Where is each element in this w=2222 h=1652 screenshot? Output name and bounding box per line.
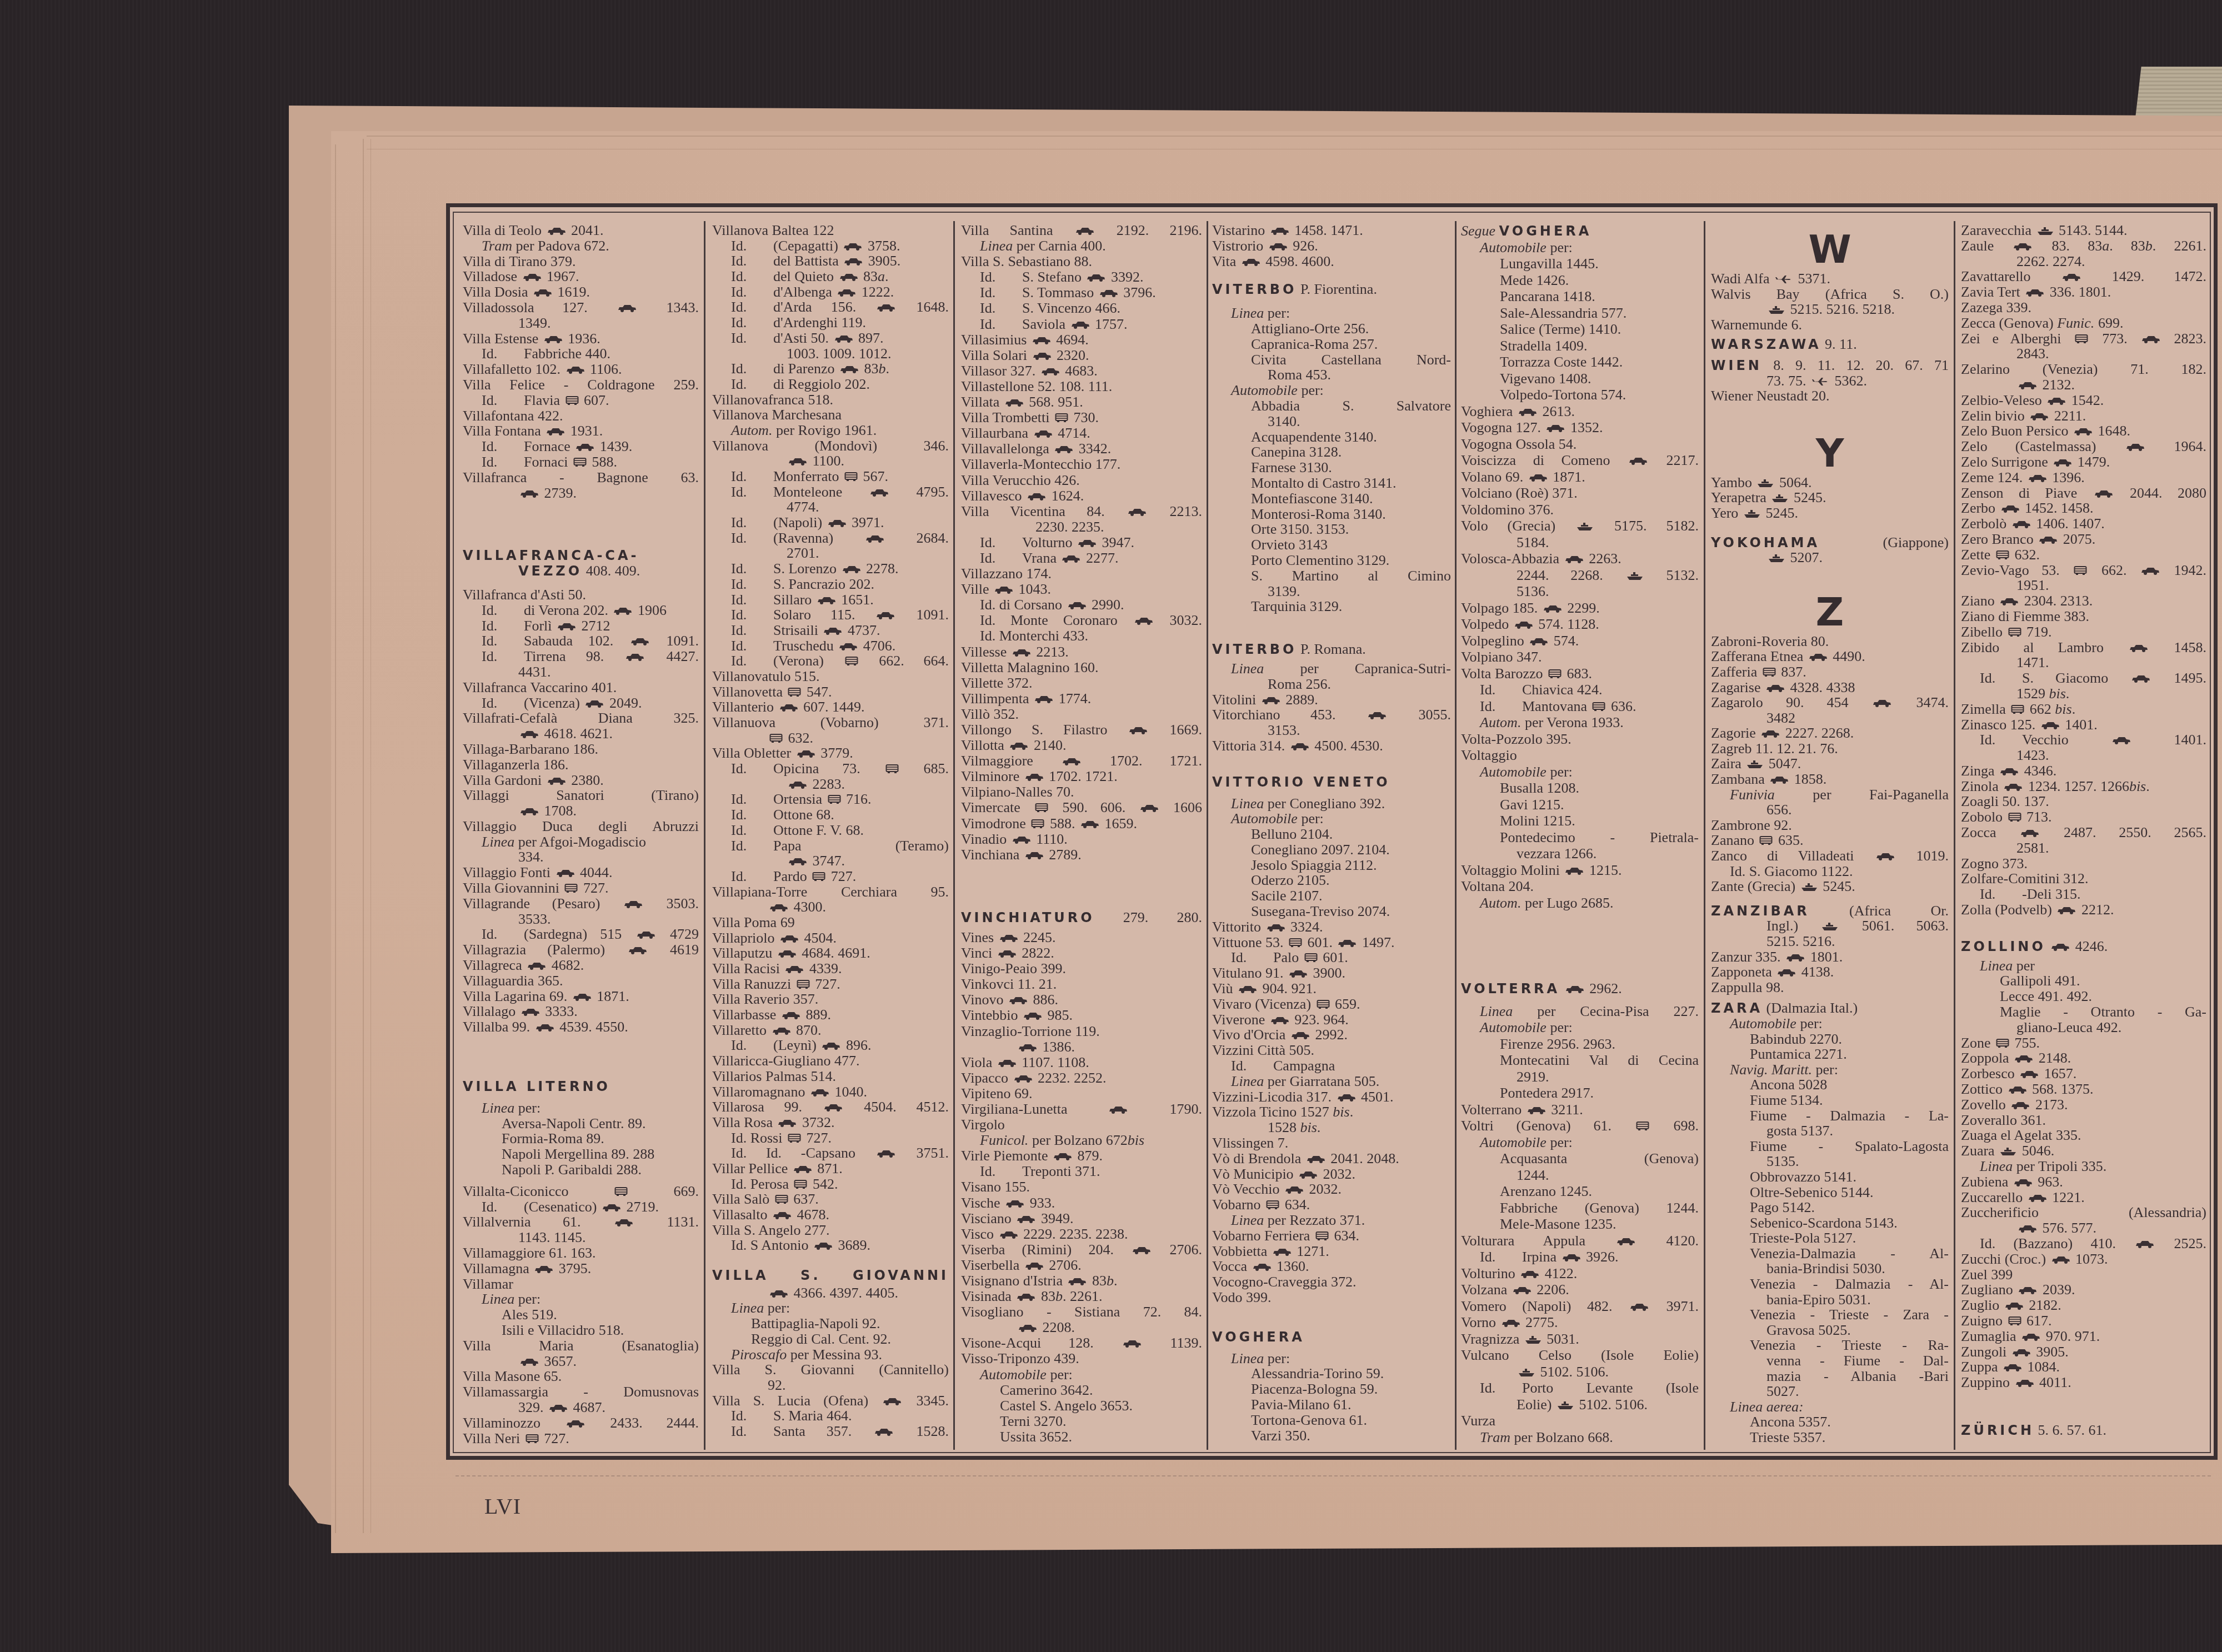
- index-subentry: Montecatini Val di Cecina: [1461, 1052, 1699, 1069]
- index-entry: Villa Rosa 3732.: [712, 1115, 949, 1130]
- index-entry: Volta-Pozzolo 395.: [1461, 731, 1699, 748]
- index-entry: Viserbella 2706.: [961, 1258, 1202, 1273]
- bus-icon: [1777, 969, 1796, 977]
- index-entry: Zibello 719.: [1961, 624, 2206, 640]
- bus-icon: [1565, 985, 1584, 994]
- italic-text: Linea: [482, 834, 514, 850]
- index-entry: Zette 632.: [1961, 547, 2206, 563]
- heading-text: VITERBO: [1212, 642, 1297, 657]
- index-subentry: Linea per:: [463, 1100, 699, 1116]
- index-subentry: Gallipoli 491.: [1961, 973, 2206, 989]
- index-entry: Villaganzerla 186.: [463, 757, 699, 773]
- index-subentry: Fiume - Dalmazia - La-: [1711, 1108, 1949, 1124]
- bus-icon: [1062, 758, 1081, 766]
- index-entry: Villaggio Fonti 4044.: [463, 865, 699, 880]
- ditto-mark: Id.: [482, 695, 524, 711]
- spacer: [1711, 565, 1949, 592]
- index-subentry: Automobile per:: [1461, 1019, 1699, 1036]
- bus-icon: [520, 490, 539, 498]
- index-subentry: Id.Vecchio 1401.: [1961, 732, 2206, 748]
- index-entry: Villanterio 607. 1449.: [712, 699, 949, 715]
- bus-icon: [1087, 274, 1105, 282]
- index-subentry: 73. 75. 5362.: [1711, 373, 1949, 389]
- index-subentry: Roma 256.: [1212, 677, 1451, 692]
- index-entry: Vò di Brendola 2041. 2048.: [1212, 1151, 1451, 1167]
- ditto-mark: Id.: [731, 792, 773, 807]
- index-entry: Villa di Tirano 379.: [463, 254, 699, 269]
- italic-text: Linea: [1980, 958, 2013, 974]
- index-entry: Villa S. Sebastiano 88.: [961, 254, 1202, 269]
- bus-icon: [2051, 943, 2070, 952]
- bus-icon: [1032, 337, 1051, 345]
- index-subentry: Stradella 1409.: [1461, 338, 1699, 354]
- bus-icon: [1068, 602, 1087, 610]
- index-entry: Zaule 83. 83a. 83b. 2261.: [1961, 238, 2206, 254]
- bus-icon: [520, 808, 539, 816]
- bus-icon: [2131, 675, 2150, 683]
- bus-icon: [877, 304, 895, 312]
- bus-icon: [1034, 430, 1053, 438]
- index-subentry: Pontedera 2917.: [1461, 1085, 1699, 1102]
- index-entry: Zerbolò 1406. 1407.: [1961, 516, 2206, 532]
- index-subentry: Abbadia S. Salvatore: [1212, 398, 1451, 414]
- ditto-mark: Id.: [482, 649, 524, 664]
- bus-icon: [2141, 336, 2160, 344]
- bus-icon: [782, 1012, 800, 1020]
- bus-icon: [1630, 1303, 1649, 1311]
- index-entry: Vivaro (Vicenza) 659.: [1212, 997, 1451, 1012]
- index-entry: Zobolo 713.: [1961, 809, 2206, 825]
- bus-icon: [546, 428, 565, 436]
- page-edge-line: [367, 136, 2222, 137]
- index-entry: Zimella 662 bis.: [1961, 702, 2206, 717]
- index-entry: Villa Vicentina 84. 2213.: [961, 504, 1202, 519]
- heading-text: ZARA: [1711, 1000, 1763, 1016]
- index-entry: Zanco di Villadeati 1019.: [1711, 848, 1949, 864]
- column-divider: [1954, 221, 1955, 1450]
- bus-icon: [637, 931, 655, 939]
- index-entry: Zelo Surrigone 1479.: [1961, 454, 2206, 470]
- index-entry: Warnemunde 6.: [1711, 317, 1949, 333]
- index-subentry: Id.Vrana 2277.: [961, 550, 1202, 566]
- index-subentry: Autom. per Rovigo 1961.: [712, 423, 949, 438]
- index-subentry: 1349.: [463, 316, 699, 331]
- index-entry: Volturino 4122.: [1461, 1265, 1699, 1282]
- index-entry: Visco 2229. 2235. 2238.: [961, 1227, 1202, 1242]
- index-entry: Villasor 327. 4683.: [961, 363, 1202, 379]
- index-subentry: Oderzo 2105.: [1212, 873, 1451, 888]
- bus-icon: [834, 335, 853, 343]
- ditto-mark: Id.: [731, 869, 773, 884]
- bus-icon: [1873, 699, 1891, 708]
- bus-icon: [547, 227, 566, 236]
- bus-icon: [1876, 853, 1895, 861]
- index-subentry: Maglie - Otranto - Ga-: [1961, 1004, 2206, 1020]
- italic-text: Autom.: [1480, 714, 1521, 730]
- italic-text: b: [2145, 238, 2153, 254]
- spacer: [1212, 269, 1451, 282]
- index-subentry: mazia - Albania -Bari: [1711, 1369, 1949, 1384]
- index-entry: Villa S. Angelo 277.: [712, 1223, 949, 1238]
- index-entry: Villaurbana 4714.: [961, 425, 1202, 441]
- heading-text: WARSZAWA: [1711, 337, 1821, 352]
- index-column-2: Villanova Baltea 122Id.(Cepagatti) 3758.…: [712, 223, 949, 1439]
- index-entry: Villa S. Lucia (Ofena) 3345.: [712, 1393, 949, 1409]
- index-entry: Villarbasse 889.: [712, 1007, 949, 1023]
- bus-icon: [1368, 712, 1387, 720]
- bus-icon: [1289, 970, 1308, 978]
- index-entry: Vittorito 3324.: [1212, 919, 1451, 935]
- index-entry: Viola 1107. 1108.: [961, 1055, 1202, 1070]
- section-heading: VILLA S. GIOVANNI: [712, 1268, 949, 1283]
- index-subentry: Reggio di Cal. Cent. 92.: [712, 1331, 949, 1347]
- bus-icon: [1068, 1278, 1087, 1286]
- bus-icon: [828, 519, 847, 528]
- italic-text: a: [878, 268, 885, 284]
- column-divider: [1704, 221, 1705, 1450]
- page-edge-line: [363, 139, 364, 1533]
- index-entry: Vorno 2775.: [1461, 1314, 1699, 1331]
- index-subentry: Pontedecimo - Pietrala-: [1461, 829, 1699, 846]
- index-entry: Zumaglia 970. 971.: [1961, 1329, 2206, 1344]
- ship-icon: [1768, 554, 1785, 563]
- index-entry: Zagorie 2227. 2268.: [1711, 725, 1949, 741]
- index-subentry: Id.Ottone F. V. 68.: [712, 823, 949, 838]
- index-subentry: Id.Porto Levante (Isole: [1461, 1380, 1699, 1396]
- ditto-mark: Id.: [731, 299, 773, 315]
- index-entry: Villastellone 52. 108. 111.: [961, 379, 1202, 394]
- index-entry: Zante (Grecia) 5245.: [1711, 879, 1949, 894]
- index-subentry: 2701.: [712, 545, 949, 561]
- index-subentry: Id.Fabbriche 440.: [463, 346, 699, 362]
- index-entry: Zubiena 963.: [1961, 1174, 2206, 1190]
- bus-icon: [1041, 368, 1060, 376]
- index-entry: Villa Santina 2192. 2196.: [961, 223, 1202, 238]
- bus-icon: [1054, 445, 1073, 454]
- index-subentry: Ales 519.: [463, 1307, 699, 1323]
- index-entry: Zaira 5047.: [1711, 756, 1949, 772]
- index-subentry: 1471.: [1961, 655, 2206, 670]
- italic-text: Automobile: [1480, 1134, 1547, 1150]
- spacer: [961, 863, 1202, 910]
- bus-icon: [2141, 567, 2160, 575]
- index-subentry: Attigliano-Orte 256.: [1212, 321, 1451, 337]
- index-entry: Villa Racisi 4339.: [712, 961, 949, 977]
- index-subentry: Linea per Giarratana 505.: [1212, 1074, 1451, 1089]
- index-subentry: 1143. 1145.: [463, 1230, 699, 1245]
- bus-icon: [1546, 424, 1565, 433]
- tram-icon: [788, 1133, 801, 1143]
- italic-text: bis: [1300, 1119, 1317, 1135]
- index-entry: Villamar: [463, 1276, 699, 1292]
- index-entry: Vogogna Ossola 54.: [1461, 436, 1699, 453]
- bus-icon: [557, 623, 576, 631]
- bus-icon: [547, 777, 566, 785]
- ditto-mark: Id.: [731, 823, 773, 838]
- bus-icon: [1123, 1340, 1142, 1348]
- index-entry: Villa Neri 727.: [463, 1431, 699, 1446]
- ditto-mark: Id.: [1480, 1249, 1522, 1265]
- bus-icon: [523, 273, 542, 282]
- bus-icon: [1132, 1246, 1151, 1255]
- index-subentry: Linea per:: [463, 1291, 699, 1307]
- tram-icon: [2008, 627, 2021, 637]
- bus-icon: [1242, 258, 1260, 267]
- index-entry: Ziano 2304. 2313.: [1961, 593, 2206, 609]
- index-entry: Zucchi (Croc.) 1073.: [1961, 1251, 2206, 1267]
- index-entry: Zevio-Vago 53. 662. 1942.: [1961, 563, 2206, 578]
- italic-text: Linea aerea:: [1730, 1399, 1804, 1415]
- index-subentry: Id.Strisaili 4737.: [712, 623, 949, 638]
- index-subentry: Napoli P. Garibaldi 288.: [463, 1162, 699, 1178]
- section-heading: VITERBO P. Romana.: [1212, 642, 1451, 657]
- index-subentry: 4774.: [712, 499, 949, 515]
- index-subentry: Id.(Ravenna) 2684.: [712, 530, 949, 546]
- index-entry: Zuaga el Agelat 335.: [1961, 1128, 2206, 1143]
- index-subentry: Automobile per:: [1212, 383, 1451, 398]
- index-entry: Villaminozzo 2433. 2444.: [463, 1415, 699, 1431]
- index-subentry: Alessandria-Torino 59.: [1212, 1366, 1451, 1381]
- bus-icon: [823, 627, 842, 635]
- letter-heading: W: [1711, 229, 1949, 269]
- index-subentry: Funicol. per Bolzano 672bis: [961, 1133, 1202, 1148]
- bus-icon: [2014, 1055, 2033, 1063]
- index-entry: Zinola 1234. 1257. 1266bis.: [1961, 779, 2206, 794]
- index-subentry: Id.d'Albenga 1222.: [712, 284, 949, 300]
- index-entry: Volpiano 347.: [1461, 649, 1699, 665]
- spacer: [1212, 614, 1451, 642]
- index-entry: Zinasco 125. 1401.: [1961, 717, 2206, 733]
- index-entry: Zovello 2173.: [1961, 1097, 2206, 1113]
- italic-text: Linea: [1231, 660, 1264, 677]
- bus-icon: [2000, 768, 2019, 776]
- bus-icon: [1128, 508, 1147, 517]
- italic-text: Autom.: [1480, 895, 1521, 911]
- bus-icon: [625, 653, 644, 662]
- heading-text: ZÜRICH: [1961, 1423, 2034, 1438]
- ditto-mark: Id.: [482, 927, 524, 942]
- index-subentry: bania-Epiro 5031.: [1711, 1292, 1949, 1308]
- bus-icon: [624, 900, 643, 909]
- index-entry: Visignano d'Istria 83b.: [961, 1273, 1202, 1289]
- tram-icon: [526, 1434, 539, 1444]
- index-subentry: Isili e Villacidro 518.: [463, 1323, 699, 1338]
- bus-icon: [1009, 997, 1028, 1005]
- index-entry: Vocogno-Craveggia 372.: [1212, 1274, 1451, 1290]
- index-subentry: 2919.: [1461, 1069, 1699, 1085]
- tram-icon: [1317, 999, 1330, 1009]
- index-entry: Villadossola 127. 1343.: [463, 300, 699, 316]
- index-subentry: Id. S. Giacomo 1122.: [1711, 864, 1949, 879]
- bus-icon: [874, 1428, 893, 1436]
- bus-icon: [1527, 1107, 1546, 1115]
- bus-icon: [1253, 1263, 1272, 1271]
- bus-icon: [2020, 1070, 2039, 1079]
- ship-icon: [1757, 479, 1774, 488]
- index-subentry: Linea per Capranica-Sutri-: [1212, 661, 1451, 677]
- tram-icon: [1289, 938, 1302, 948]
- bus-icon: [2018, 1225, 2037, 1233]
- italic-text: Linea: [1980, 1158, 2013, 1174]
- index-entry: Viù 904. 921.: [1212, 981, 1451, 997]
- ditto-mark: Id.: [1231, 950, 1273, 965]
- column-divider: [704, 221, 705, 1450]
- bus-icon: [842, 565, 861, 574]
- index-entry: Villa Obletter 3779.: [712, 745, 949, 761]
- tram-icon: [1548, 669, 1562, 679]
- index-entry: Visogliano - Sistiana 72. 84.: [961, 1304, 1202, 1320]
- ditto-mark: Id.: [482, 393, 524, 408]
- index-entry: Visinada 83b. 2261.: [961, 1289, 1202, 1304]
- index-subentry: Id.Fornace 1439.: [463, 439, 699, 454]
- index-entry: Yero 5245.: [1711, 505, 1949, 521]
- index-entry: Vinkovci 11. 21.: [961, 977, 1202, 992]
- bus-icon: [2000, 598, 2019, 606]
- tram-icon: [2008, 812, 2021, 822]
- index-entry: Vitulano 91. 3900.: [1212, 965, 1451, 981]
- section-heading: VILLA LITERNO: [463, 1079, 699, 1094]
- index-subentry: Molini 1215.: [1461, 813, 1699, 829]
- index-entry: Zelarino (Venezia) 71. 182.: [1961, 362, 2206, 377]
- page-edge-line: [371, 139, 371, 1533]
- letter-heading: Y: [1711, 433, 1949, 473]
- section-heading: VINCHIATURO 279. 280.: [961, 910, 1202, 925]
- bus-icon: [566, 366, 585, 374]
- plane-icon: [1775, 275, 1793, 284]
- index-subentry: 5102. 5106.: [1461, 1364, 1699, 1380]
- heading-text: VITERBO: [1212, 282, 1297, 297]
- tram-icon: [844, 472, 858, 482]
- italic-text: b: [1107, 1273, 1114, 1289]
- bus-icon: [2018, 382, 2037, 390]
- bus-icon: [585, 700, 604, 708]
- index-entry: Volpeglino 574.: [1461, 633, 1699, 649]
- index-entry: Vilmaggiore 1702. 1721.: [961, 753, 1202, 769]
- index-subentry: 2230. 2235.: [961, 519, 1202, 535]
- index-entry: Zibido al Lambro 1458.: [1961, 640, 2206, 655]
- bus-icon: [778, 1119, 797, 1128]
- italic-text: Linea: [1231, 1073, 1264, 1089]
- spacer: [1461, 911, 1699, 980]
- bus-icon: [1238, 985, 1257, 994]
- ditto-mark: Id.: [731, 807, 773, 823]
- ditto-mark: Id.: [482, 439, 524, 454]
- index-subentry: Id.di Parenzo 83b.: [712, 361, 949, 377]
- index-entry: Zaravecchia 5143. 5144.: [1961, 223, 2206, 238]
- index-entry: Zerbo 1452. 1458.: [1961, 500, 2206, 516]
- ditto-mark: Id.: [731, 577, 773, 592]
- index-subentry: S. Martino al Cimino: [1212, 568, 1451, 584]
- bus-icon: [2041, 722, 2060, 730]
- ditto-mark: Id.: [1480, 1380, 1522, 1396]
- ditto-mark: Id.: [980, 1164, 1022, 1179]
- bus-icon: [1025, 773, 1044, 782]
- bus-icon: [1018, 1044, 1037, 1052]
- italic-text: Linea: [1231, 795, 1264, 812]
- spacer: [1961, 1390, 2206, 1423]
- index-entry: Villagrande (Pesaro) 3503.: [463, 896, 699, 912]
- bus-icon: [1012, 649, 1031, 657]
- index-entry: Villapriolo 4504.: [712, 930, 949, 946]
- italic-text: b: [1055, 1288, 1063, 1304]
- index-entry: Zoppola 2148.: [1961, 1050, 2206, 1066]
- index-entry: Villaromagnano 1040.: [712, 1084, 949, 1100]
- bus-icon: [1786, 954, 1805, 962]
- index-subentry: Capranica-Roma 257.: [1212, 337, 1451, 352]
- index-subentry: Id.(Verona) 662. 664.: [712, 653, 949, 669]
- index-entry: Villongo S. Filastro 1669.: [961, 722, 1202, 738]
- tram-icon: [565, 396, 579, 406]
- index-entry: Villimpenta 1774.: [961, 691, 1202, 707]
- index-subentry: Venezia - Trieste - Ra-: [1711, 1338, 1949, 1353]
- bus-icon: [1140, 804, 1159, 813]
- index-entry: Zoagli 50. 137.: [1961, 794, 2206, 809]
- ditto-mark: Id.: [980, 285, 1022, 301]
- index-subentry: Id.Papa (Teramo): [712, 838, 949, 854]
- index-subentry: Linea per: [1961, 958, 2206, 974]
- index-subentry: Venezia - Trieste - Zara -: [1711, 1307, 1949, 1323]
- index-subentry: Fabbriche (Genova) 1244.: [1461, 1200, 1699, 1217]
- index-entry: Zolla (Podvelb) 2212.: [1961, 902, 2206, 918]
- index-subentry: Id.S. Giacomo 1495.: [1961, 670, 2206, 686]
- italic-text: Linea: [980, 238, 1013, 254]
- bus-icon: [2020, 829, 2039, 838]
- index-subentry: Id.S. Tommaso 3796.: [961, 285, 1202, 301]
- index-subentry: Linea per Cecina-Pisa 227.: [1461, 1003, 1699, 1020]
- index-subentry: Id.Treponti 371.: [961, 1164, 1202, 1179]
- ditto-mark: Id.: [482, 346, 524, 362]
- index-subentry: Id.Volturno 3947.: [961, 535, 1202, 550]
- index-subentry: Trieste 5357.: [1711, 1430, 1949, 1445]
- index-entry: Volturara Appula 4120.: [1461, 1233, 1699, 1249]
- index-subentry: Id.S. Lorenzo 2278.: [712, 561, 949, 577]
- ditto-mark: Id.: [731, 1038, 773, 1053]
- index-entry: Yambo 5064.: [1711, 475, 1949, 490]
- bus-icon: [1269, 243, 1288, 251]
- index-subentry: 5207.: [1711, 550, 1949, 565]
- index-entry: Zelin bivio 2211.: [1961, 408, 2206, 424]
- index-entry: Zanano 635.: [1711, 833, 1949, 848]
- bus-icon: [810, 1089, 829, 1097]
- ditto-mark: Id.: [731, 315, 773, 331]
- index-subentry: Aversa-Napoli Centr. 89.: [463, 1116, 699, 1132]
- index-subentry: vezzara 1266.: [1461, 845, 1699, 862]
- index-subentry: Ingl.) 5061. 5063.: [1711, 918, 1949, 934]
- index-subentry: 92.: [712, 1378, 949, 1393]
- index-subentry: Civita Castellana Nord-: [1212, 352, 1451, 368]
- index-subentry: Mede 1426.: [1461, 272, 1699, 289]
- bus-icon: [2001, 505, 2020, 513]
- index-subentry: 3482: [1711, 710, 1949, 726]
- index-entry: Vizzini Città 505.: [1212, 1043, 1451, 1058]
- spacer: [1212, 1305, 1451, 1329]
- index-entry: Zelo (Castelmassa) 1964.: [1961, 439, 2206, 454]
- index-entry: Vilpiano-Nalles 70.: [961, 784, 1202, 800]
- index-entry: Virgiliana-Lunetta 1790.: [961, 1102, 1202, 1117]
- bus-icon: [1565, 867, 1584, 875]
- ditto-mark: Id.: [731, 253, 773, 269]
- index-subentry: gliano-Leuca 492.: [1961, 1020, 2206, 1035]
- bus-icon: [1017, 1293, 1035, 1301]
- index-entry: Villar Pellice 871.: [712, 1161, 949, 1177]
- tram-icon: [1035, 803, 1048, 813]
- index-entry: Villetta Malagnino 160.: [961, 660, 1202, 675]
- ship-icon: [1801, 883, 1818, 892]
- index-subentry: Pancarana 1418.: [1461, 288, 1699, 305]
- ditto-mark: Id.: [482, 633, 524, 649]
- index-entry: Vilminore 1702. 1721.: [961, 769, 1202, 784]
- ship-icon: [1627, 572, 1643, 580]
